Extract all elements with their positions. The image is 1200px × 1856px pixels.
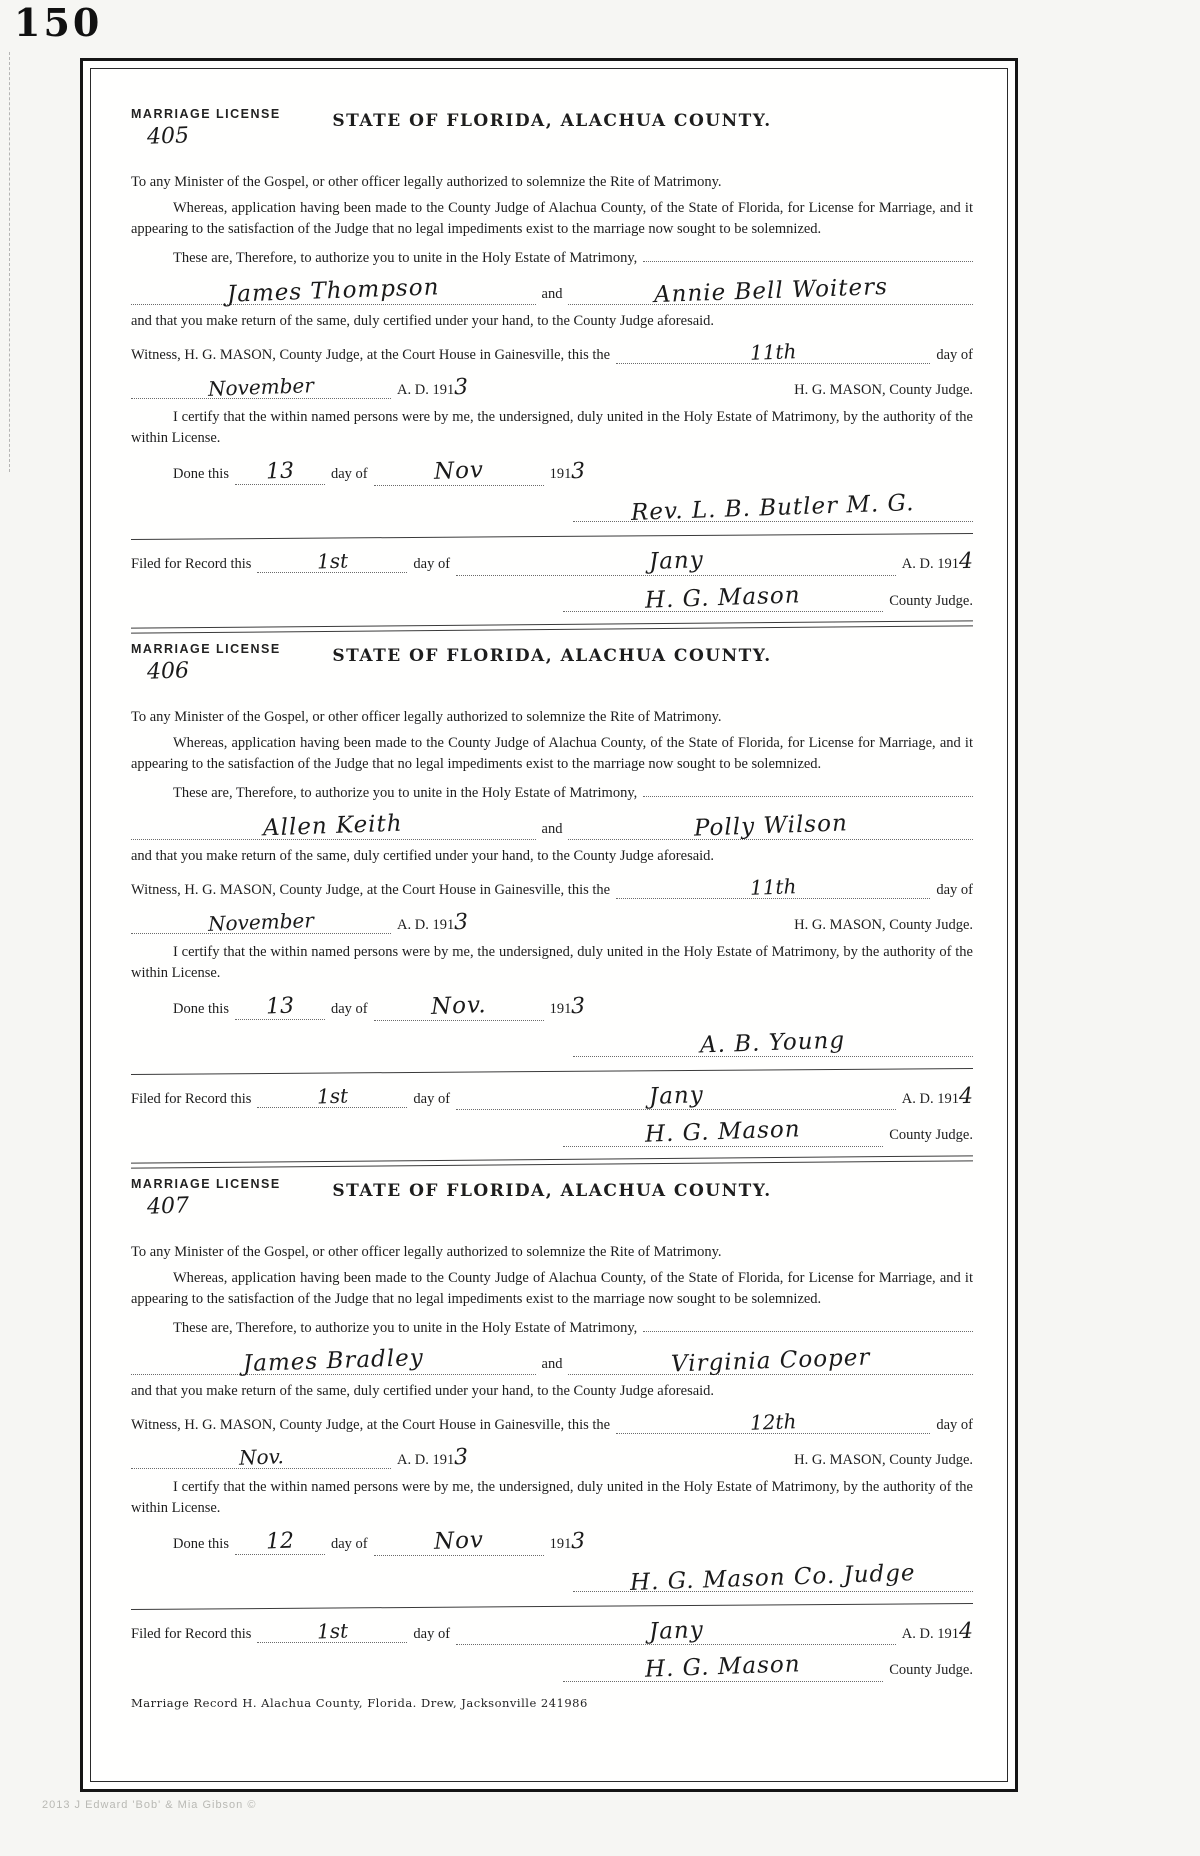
witness-month-line: November [131, 373, 391, 399]
witness-day: 12th [750, 1407, 797, 1438]
authorize-row: These are, Therefore, to authorize you t… [131, 1316, 973, 1339]
witness-row: Witness, H. G. MASON, County Judge, at t… [131, 338, 973, 366]
dotted-line [643, 246, 973, 262]
divider-line [131, 1068, 973, 1075]
day-of-label: day of [936, 345, 973, 366]
filed-year-digit: 4 [958, 546, 973, 578]
and-label: and [542, 1354, 563, 1375]
certify-paragraph: I certify that the within named persons … [131, 1477, 973, 1519]
minister-signature: Rev. L. B. Butler M. G. [631, 487, 916, 530]
filed-day: 1st [316, 547, 348, 577]
filed-month: Jany [648, 1614, 704, 1649]
judge-signature: H. G. Mason [645, 1114, 802, 1153]
judge-signature: H. G. Mason [645, 579, 802, 618]
done-year: 1913 [550, 456, 586, 485]
filed-row: Filed for Record this 1st day of Jany A.… [131, 1615, 973, 1645]
bride-name-line: Virginia Cooper [568, 1345, 973, 1375]
done-month-line: Nov. [374, 990, 544, 1020]
license-label-block: MARRIAGE LICENSE 405 [131, 105, 281, 150]
done-year: 1913 [550, 1526, 586, 1555]
day-of-label: day of [936, 880, 973, 901]
done-year-digit: 3 [571, 456, 586, 488]
done-this-label: Done this [131, 1534, 229, 1555]
minister-signature: A. B. Young [700, 1024, 846, 1062]
minister-signature: H. G. Mason Co. Judge [630, 1557, 917, 1600]
authorize-line: These are, Therefore, to authorize you t… [131, 248, 637, 269]
authorize-line: These are, Therefore, to authorize you t… [131, 1318, 637, 1339]
day-of-label: day of [331, 464, 368, 485]
minister-signature-row: A. B. Young [131, 1027, 973, 1057]
witness-month-row: November A. D. 1913 H. G. MASON, County … [131, 372, 973, 401]
license-header: MARRIAGE LICENSE 405 STATE OF FLORIDA, A… [131, 109, 973, 167]
done-month: Nov. [430, 989, 487, 1024]
done-day-line: 13 [235, 456, 325, 485]
filed-label: Filed for Record this [131, 554, 251, 575]
witness-day-line: 11th [616, 338, 930, 364]
witness-line: Witness, H. G. MASON, County Judge, at t… [131, 880, 610, 901]
filed-day: 1st [316, 1616, 348, 1646]
certify-paragraph: I certify that the within named persons … [131, 942, 973, 984]
witness-month-line: November [131, 908, 391, 934]
judge-signature-row: H. G. Mason County Judge. [131, 582, 973, 612]
witness-year-digit: 3 [454, 372, 469, 404]
addressee-line: To any Minister of the Gospel, or other … [131, 1242, 973, 1263]
filed-month: Jany [648, 1079, 704, 1114]
groom-name: James Thompson [227, 271, 441, 312]
minister-signature-row: H. G. Mason Co. Judge [131, 1562, 973, 1592]
witness-month: November [208, 372, 315, 405]
authorize-line: These are, Therefore, to authorize you t… [131, 783, 637, 804]
groom-name: Allen Keith [263, 807, 404, 845]
return-clause: and that you make return of the same, du… [131, 1381, 973, 1402]
minister-signature-row: Rev. L. B. Butler M. G. [131, 492, 973, 522]
day-of-label: day of [331, 1534, 368, 1555]
county-judge-label: County Judge. [889, 1660, 973, 1681]
filed-month-line: Jany [456, 1615, 896, 1645]
done-month-line: Nov [374, 1525, 544, 1555]
judge-signature-line: H. G. Mason [563, 1116, 883, 1146]
license-label-block: MARRIAGE LICENSE 406 [131, 640, 281, 685]
and-label: and [542, 819, 563, 840]
minister-signature-line: H. G. Mason Co. Judge [573, 1562, 973, 1592]
return-clause: and that you make return of the same, du… [131, 846, 973, 867]
done-day: 12 [265, 1526, 294, 1559]
done-month: Nov [433, 1524, 484, 1559]
groom-name-line: James Thompson [131, 275, 536, 305]
marriage-license-label: MARRIAGE LICENSE [131, 640, 281, 658]
and-label: and [542, 284, 563, 305]
groom-name-line: Allen Keith [131, 810, 536, 840]
witness-year-digit: 3 [454, 1442, 469, 1474]
marriage-license-label: MARRIAGE LICENSE [131, 1175, 281, 1193]
filed-month-line: Jany [456, 545, 896, 575]
filed-month: Jany [648, 544, 704, 579]
bride-name-line: Polly Wilson [568, 810, 973, 840]
return-clause: and that you make return of the same, du… [131, 311, 973, 332]
witness-day: 11th [750, 338, 797, 369]
whereas-paragraph: Whereas, application having been made to… [131, 1268, 973, 1310]
section-separator [131, 1155, 973, 1168]
license-number: 407 [146, 1190, 189, 1223]
done-year-digit: 3 [571, 1526, 586, 1558]
county-judge-label: County Judge. [889, 591, 973, 612]
county-judge-name: H. G. MASON, County Judge. [794, 380, 973, 401]
county-judge-name: H. G. MASON, County Judge. [794, 915, 973, 936]
judge-signature-line: H. G. Mason [563, 1651, 883, 1681]
judge-signature-line: H. G. Mason [563, 582, 883, 612]
whereas-paragraph: Whereas, application having been made to… [131, 733, 973, 775]
witness-month-row: Nov. A. D. 1913 H. G. MASON, County Judg… [131, 1442, 973, 1471]
certify-paragraph: I certify that the within named persons … [131, 407, 973, 449]
judge-signature-row: H. G. Mason County Judge. [131, 1651, 973, 1681]
day-of-label: day of [331, 999, 368, 1020]
done-day-line: 13 [235, 991, 325, 1020]
ad-label: A. D. 1913 [397, 372, 468, 401]
day-of-label: day of [936, 1415, 973, 1436]
groom-name: James Bradley [242, 1342, 424, 1382]
witness-month: November [208, 906, 315, 939]
filed-row: Filed for Record this 1st day of Jany A.… [131, 1080, 973, 1110]
filed-month-line: Jany [456, 1080, 896, 1110]
marriage-license-label: MARRIAGE LICENSE [131, 105, 281, 123]
bride-name: Virginia Cooper [670, 1341, 870, 1381]
dotted-line [643, 781, 973, 797]
done-row: Done this 13 day of Nov 1913 [131, 455, 973, 485]
license-section-405: MARRIAGE LICENSE 405 STATE OF FLORIDA, A… [131, 109, 973, 612]
dotted-line [643, 1316, 973, 1332]
authorize-row: These are, Therefore, to authorize you t… [131, 246, 973, 269]
bride-name: Polly Wilson [693, 807, 848, 846]
record-book-footer: Marriage Record H. Alachua County, Flori… [131, 1696, 973, 1710]
day-of-label: day of [413, 554, 450, 575]
scan-watermark: 2013 J Edward 'Bob' & Mia Gibson © [42, 1799, 256, 1811]
scan-margin-artifact [9, 52, 10, 472]
names-row: James Bradley and Virginia Cooper [131, 1345, 973, 1375]
license-section-406: MARRIAGE LICENSE 406 STATE OF FLORIDA, A… [131, 644, 973, 1147]
done-day: 13 [265, 456, 294, 489]
addressee-line: To any Minister of the Gospel, or other … [131, 172, 973, 193]
filed-row: Filed for Record this 1st day of Jany A.… [131, 545, 973, 575]
done-year-digit: 3 [571, 991, 586, 1023]
judge-signature: H. G. Mason [645, 1649, 802, 1688]
license-header: MARRIAGE LICENSE 407 STATE OF FLORIDA, A… [131, 1179, 973, 1237]
names-row: James Thompson and Annie Bell Woiters [131, 275, 973, 305]
witness-day-line: 11th [616, 873, 930, 899]
names-row: Allen Keith and Polly Wilson [131, 810, 973, 840]
whereas-paragraph: Whereas, application having been made to… [131, 198, 973, 240]
license-number: 405 [146, 120, 189, 153]
county-judge-name: H. G. MASON, County Judge. [794, 1450, 973, 1471]
groom-name-line: James Bradley [131, 1345, 536, 1375]
day-of-label: day of [413, 1624, 450, 1645]
filed-label: Filed for Record this [131, 1089, 251, 1110]
section-separator [131, 620, 973, 633]
done-day-line: 12 [235, 1526, 325, 1555]
filed-year-digit: 4 [958, 1616, 973, 1648]
done-this-label: Done this [131, 999, 229, 1020]
divider-line [131, 533, 973, 540]
witness-month: Nov. [238, 1442, 284, 1473]
done-day: 13 [265, 991, 294, 1024]
done-year: 1913 [550, 991, 586, 1020]
addressee-line: To any Minister of the Gospel, or other … [131, 707, 973, 728]
divider-line [131, 1603, 973, 1610]
authorize-row: These are, Therefore, to authorize you t… [131, 781, 973, 804]
day-of-label: day of [413, 1089, 450, 1110]
filed-label: Filed for Record this [131, 1624, 251, 1645]
witness-day-line: 12th [616, 1408, 930, 1434]
done-month: Nov [433, 455, 484, 490]
county-judge-label: County Judge. [889, 1125, 973, 1146]
document-inner-frame: MARRIAGE LICENSE 405 STATE OF FLORIDA, A… [90, 68, 1008, 1782]
witness-row: Witness, H. G. MASON, County Judge, at t… [131, 873, 973, 901]
witness-month-row: November A. D. 1913 H. G. MASON, County … [131, 907, 973, 936]
license-number: 406 [146, 655, 189, 688]
filed-day: 1st [316, 1081, 348, 1111]
license-label-block: MARRIAGE LICENSE 407 [131, 1175, 281, 1220]
done-row: Done this 12 day of Nov 1913 [131, 1525, 973, 1555]
filed-year-digit: 4 [958, 1081, 973, 1113]
page-number: 150 [14, 0, 102, 45]
ad-label: A. D. 1913 [397, 1442, 468, 1471]
filed-year: A. D. 1914 [902, 1616, 973, 1645]
filed-year: A. D. 1914 [902, 1081, 973, 1110]
filed-day-line: 1st [257, 1082, 407, 1108]
bride-name-line: Annie Bell Woiters [568, 275, 973, 305]
witness-day: 11th [750, 872, 797, 903]
filed-day-line: 1st [257, 1617, 407, 1643]
done-month-line: Nov [374, 455, 544, 485]
witness-year-digit: 3 [454, 907, 469, 939]
witness-month-line: Nov. [131, 1443, 391, 1469]
license-header: MARRIAGE LICENSE 406 STATE OF FLORIDA, A… [131, 644, 973, 702]
witness-line: Witness, H. G. MASON, County Judge, at t… [131, 345, 610, 366]
ad-label: A. D. 1913 [397, 907, 468, 936]
minister-signature-line: Rev. L. B. Butler M. G. [573, 492, 973, 522]
done-row: Done this 13 day of Nov. 1913 [131, 990, 973, 1020]
license-section-407: MARRIAGE LICENSE 407 STATE OF FLORIDA, A… [131, 1179, 973, 1682]
minister-signature-line: A. B. Young [573, 1027, 973, 1057]
document-frame: MARRIAGE LICENSE 405 STATE OF FLORIDA, A… [80, 58, 1018, 1792]
judge-signature-row: H. G. Mason County Judge. [131, 1116, 973, 1146]
witness-line: Witness, H. G. MASON, County Judge, at t… [131, 1415, 610, 1436]
filed-year: A. D. 1914 [902, 546, 973, 575]
witness-row: Witness, H. G. MASON, County Judge, at t… [131, 1408, 973, 1436]
bride-name: Annie Bell Woiters [653, 271, 888, 312]
done-this-label: Done this [131, 464, 229, 485]
filed-day-line: 1st [257, 547, 407, 573]
